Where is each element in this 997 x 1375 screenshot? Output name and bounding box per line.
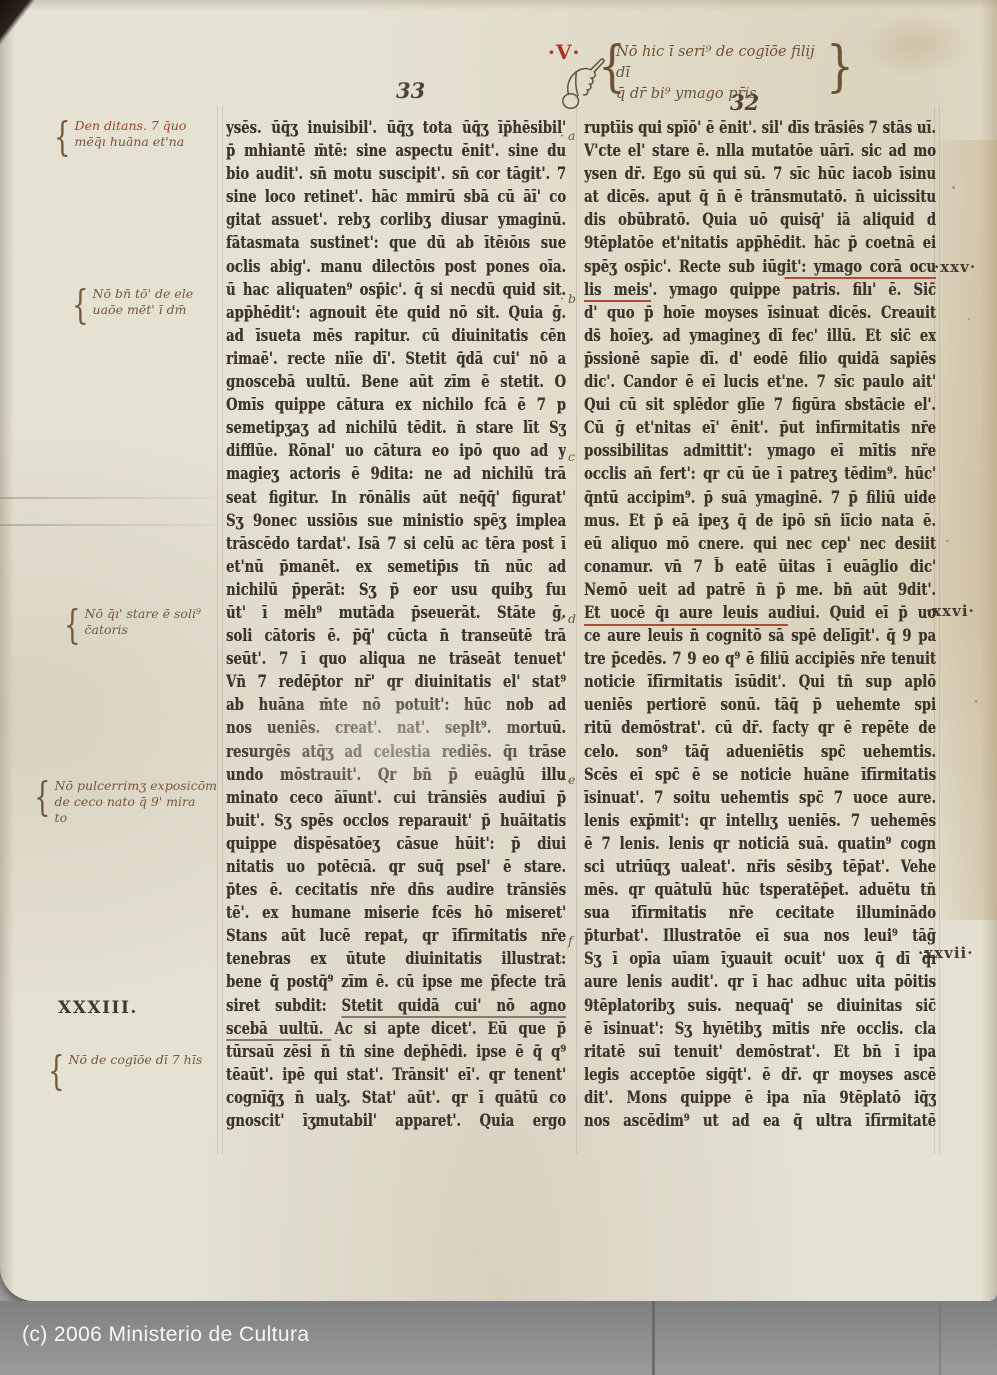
manuscript-text-line: semetipʒaʒ ad nichilū tēdit. n̄ stare lī… [226, 418, 566, 441]
manuscript-text-line: Sʒ ī opīa uīam īʒuauit ocuit' uox q̄ dī … [584, 949, 936, 972]
manuscript-text-line: nichilū p̄perāt: Sʒ p̄ eor usu quibʒ fuı [226, 580, 566, 603]
brace-close-icon: } [826, 40, 854, 95]
margin-note-line: Nō q̄ı' stare ē soli⁹ [85, 606, 201, 622]
manuscript-text-line: aure lenis audit'. qr ī hac adhuc uita p… [584, 972, 936, 995]
manuscript-text-line: occlis an̄ fert': qr cū ūe ī patreʒ tēdi… [584, 464, 936, 487]
manuscript-text-line: tēaūt'. ipē qui stat'. Trānsit' eī'. qr … [226, 1065, 566, 1088]
manuscript-text-line: minato ceco āīunt'. cui trānsiēs audiuī … [226, 788, 566, 811]
manuscript-text-line: p̄turbat'. Illustratōe eī sua nos leui⁹ … [584, 926, 936, 949]
margin-note-text: Den ditans. 7 q̄uomēq̄ı huāna et'na [75, 118, 187, 150]
manuscript-text-line: siret subdit: Stetit quidā cui' nō agno [226, 996, 566, 1019]
manuscript-text-line: ce aure leuis n̄ cognitō sā spē delīgīt'… [584, 626, 936, 649]
manuscript-text-line: ysēs. ūq̄ʒ inuisibil'. ūq̄ʒ tota ūq̄ʒ īp… [226, 118, 566, 141]
manuscript-text-line: tūrsaū zēsi n̄ tn̄ sine dep̄hēdi. ipse ē… [226, 1042, 566, 1065]
manuscript-text-line: seat figitur. In rōnālis aūt neq̄q̄' fig… [226, 488, 566, 511]
manuscript-text-line: lis meis'. ymago quippe patris. filı' ē.… [584, 280, 936, 303]
manuscript-text-line: ad īsueta mēs rapitur. cū diuinitatis cē… [226, 326, 566, 349]
manuscript-text-line: rimaē'. recte niīe dī'. Stetit q̄dā cui'… [226, 349, 566, 372]
ruling-line [217, 106, 218, 1154]
folio-number-left: 33 [396, 78, 425, 103]
manuscript-text-line: dic'. Candor ē eī lucis et'ne. 7 sīc pau… [584, 372, 936, 395]
scan-footer-band: (c) 2006 Ministerio de Cultura [0, 1301, 997, 1375]
margin-note-text: Nō bn̄ tō' de eleuaōe mēt' ī dm̄ [93, 286, 194, 318]
manuscript-text-line: Qui cū sit splēdor glīe 7 figūra sbstāci… [584, 395, 936, 418]
manuscript-text-line: nos ascēdim⁹ ut ad ea q̄ ultra īfīrmitat… [584, 1111, 936, 1134]
parchment-stain [927, 140, 997, 920]
manuscript-text-line: q̄ntū accipim⁹. p̄ suā ymaginē. 7 p̄ fil… [584, 488, 936, 511]
text-column-left: ysēs. ūq̄ʒ inuisibil'. ūq̄ʒ tota ūq̄ʒ īp… [226, 118, 566, 1134]
manuscript-text-line: īsinuat'. 7 soitu uehemtis spc̄ 7 uoce a… [584, 788, 936, 811]
header-annotation-line: q̄ dr̄ bi⁹ ymago pr̄is [616, 84, 828, 105]
manuscript-text-line: tē'. ex humane miserie fcēs hō miseret' [226, 903, 566, 926]
manuscript-text-line: tenebras ex ūtute diuinitatis illustrat: [226, 949, 566, 972]
manuscript-text-line: nitatis uo potēcıā. qr suq̄ psel' ē star… [226, 857, 566, 880]
manuscript-text-line: difflūe. Rōnal' uo cātura eo ipō quo ad … [226, 441, 566, 464]
margin-note-line: to [55, 810, 217, 826]
manuscript-text-line: ē īsinuat': Sʒ hyıētibʒ mītis nr̄e occli… [584, 1019, 936, 1042]
manuscript-text-line: noticie īfīrmitatis īsūdit'. Qui tn̄ sup… [584, 672, 936, 695]
header-annotation: Nō hic ī seri⁹ de cogīōe filij dī q̄ dr̄… [616, 42, 828, 105]
manuscript-text-line: sua īfīrmitatis nr̄e cecitate illuminādo [584, 903, 936, 926]
margin-note-text: Nō q̄ı' stare ē soli⁹c̄atoris [85, 606, 201, 638]
manuscript-text-line: ritatē suī tenuit' demōstrat'. Et bn̄ ī … [584, 1042, 936, 1065]
manuscript-text-line: undo mōstrauit'. Qr bn̄ p̄ euāglū illu [226, 765, 566, 788]
margin-note-text: Nō pulcerrimʒ exposicōmde ceco nato q̄ 9… [55, 778, 217, 826]
ruling-line [576, 106, 577, 1154]
manuscript-text-line: Et uocē q̄ı aure leuis audiui. Quid eī p… [584, 603, 936, 626]
margin-note-line: Nō bn̄ tō' de ele [93, 286, 194, 302]
brace-open-icon: { [48, 1052, 65, 1092]
manuscript-text-line: bene q̄ postq̄⁹ zīm ē. cū ipse me p̄fect… [226, 972, 566, 995]
manuscript-text-line: gnoscit' īʒmutabil' apparet'. Quia ergo [226, 1111, 566, 1134]
margin-note: {Nō q̄ı' stare ē soli⁹c̄atoris [64, 606, 201, 638]
manuscript-text-line: resurgēs atq̄ʒ ad celestia rediēs. q̄ı t… [226, 742, 566, 765]
margin-note-line: Nō de cogīōe dī 7 hīs [69, 1052, 203, 1068]
manuscript-text-line: ē 7 lenis. lenis qr noticiā suā. quatin⁹… [584, 834, 936, 857]
brace-open-icon: { [54, 118, 71, 168]
text-column-right: ruptīis qui spīō' ē ēnit'. sil' dīs trās… [584, 118, 936, 1134]
margin-note-line: Nō pulcerrimʒ exposicōm [55, 778, 217, 794]
manuscript-text-line: spēʒ osp̄ic'. Recte sub iūgit': ymago co… [584, 257, 936, 280]
manuscript-text-line: V'cte el' stare ē. nlla mutatōe uārī. si… [584, 141, 936, 164]
manuscript-text-line: ūt' ī mēlı⁹ mutāda p̄seuerāt. Stāte ḡ. [226, 603, 566, 626]
manuscript-text-line: mēs. qr quātulū hūc tsperatēp̄et. aduētu… [584, 880, 936, 903]
manuscript-text-line: et'nū p̄manēt. ex semetip̄ıs tn̄ nūc ad [226, 557, 566, 580]
manuscript-text-line: Vn̄ 7 redēp̄tor nr̄' qr diuinitatis el' … [226, 672, 566, 695]
manuscript-text-line: seūt'. 7 ī quo aliqua ne trāseāt tenuet' [226, 649, 566, 672]
manuscript-text-line: conamur. vn̄ 7 b̄ eatē ūitas ī euāglio d… [584, 557, 936, 580]
manuscript-text-line: scebā uultū. Ac si apte dicet'. Eū que p… [226, 1019, 566, 1042]
manuscript-text-line: p̄ssionē sapīe dī. d' eodē filio quidā s… [584, 349, 936, 372]
margin-note-line: c̄atoris [85, 622, 201, 638]
manuscript-text-line: oclis abig'. manu dilectōıs post pones o… [226, 257, 566, 280]
margin-note-line: mēq̄ı huāna et'na [75, 134, 187, 150]
header-annotation-line: Nō hic ī seri⁹ de cogīōe filij dī [616, 42, 828, 84]
ruling-line [222, 106, 223, 1154]
copyright-watermark: (c) 2006 Ministerio de Cultura [22, 1323, 309, 1347]
manuscript-text-line: sci utriūqʒ ualeat'. nr̄is sēsibʒ tēp̄at… [584, 857, 936, 880]
margin-note-text: Nō de cogīōe dī 7 hīs [69, 1052, 203, 1078]
manuscript-text-line: eū aliquo mō cnere. qui nec cep' nec des… [584, 534, 936, 557]
manuscript-text-line: ueniēs pertiorē sonū. tāq̄ p̄ uehemte sp… [584, 695, 936, 718]
manuscript-text-line: dis obūbratō. Quia uō quisq̄' iā aliquid… [584, 210, 936, 233]
manuscript-text-line: cognīq̄ʒ n̄ ualʒ. Stat' aūt'. qr ī quātū… [226, 1088, 566, 1111]
margin-note-line: uaōe mēt' ī dm̄ [93, 302, 194, 318]
manuscript-text-line: 9tēplatōe et'nitatis app̄hēdit. hāc p̄ c… [584, 233, 936, 256]
margin-note-line: de ceco nato q̄ 9' mira [55, 794, 217, 810]
ink-speck [968, 318, 970, 320]
manuscript-text-line: mus. Et p̄ eā ipeʒ q̄ de ipō sn̄ iīcio n… [584, 511, 936, 534]
manuscript-text-line: d' quo p̄ hoīe moyses īsinuat dicēs. Cre… [584, 303, 936, 326]
manuscript-text-line: Sʒ 9onec ussiōıs sue ministio spēʒ imple… [226, 511, 566, 534]
brace-open-icon: { [72, 286, 89, 336]
folio-number-right: 32 [730, 90, 759, 115]
manuscript-text-line: ab huāna m̄te nō potuit': hūc nob ad [226, 695, 566, 718]
manuscript-text-line: ruptīis qui spīō' ē ēnit'. sil' dīs trās… [584, 118, 936, 141]
manuscript-text-line: Omīs quippe cātura ex nichilo fcā ē 7 p [226, 395, 566, 418]
margin-note: {Den ditans. 7 q̄uomēq̄ı huāna et'na [54, 118, 186, 150]
manuscript-text-line: magieʒ actoris ē 9dita: ne ad nichilū tr… [226, 464, 566, 487]
chapter-numeral: ·xxv· [934, 258, 976, 276]
page-edge-line [939, 1301, 941, 1375]
manuscript-text-line: bio audit'. sn̄ motu suscipit'. sn̄ cor … [226, 164, 566, 187]
page-corner-shadow [0, 0, 34, 66]
manuscript-text-line: Scēs eī spc̄ ē se noticie huāne īfīrmita… [584, 765, 936, 788]
manuscript-text-line: tre p̄cedēs. 7 9 eo q⁹ ē filiū accipiēs … [584, 649, 936, 672]
page-edge-line [652, 1301, 655, 1375]
manuscript-text-line: legis acceptōe sigq̄t'. ē dr̄. qr moyses… [584, 1065, 936, 1088]
manuscript-text-line: p̄ mhiantē m̄tē: sine aspectu ēnit'. sin… [226, 141, 566, 164]
brace-open-icon: { [34, 778, 51, 852]
manuscript-text-line: ds̄ hoīeʒ. ad ymagineʒ dī fec' illū. Et … [584, 326, 936, 349]
ink-speck [952, 186, 955, 189]
manuscript-text-line: gnoscebā uultū. Bene aūt zīm ē stetit. O [226, 372, 566, 395]
manuscript-text-line: dit'. Mons quippe ē ipa nīa 9tēplatō iq̄… [584, 1088, 936, 1111]
parchment-stain [855, 10, 975, 80]
brace-open-icon: { [64, 606, 81, 656]
manuscript-text-line: nos ueniēs. creat'. nat'. seplt⁹. mortuū… [226, 718, 566, 741]
parchment-page: ·V· { Nō hic ī seri⁹ de cogīōe filij dī … [0, 0, 997, 1301]
manuscript-text-line: ritū demōstrat'. cū dr̄. facty qr ē repē… [584, 718, 936, 741]
manuscript-text-line: at dicēs. aput q̄ n̄ ē trānsmutatō. n̄ u… [584, 187, 936, 210]
margin-note: {Nō bn̄ tō' de eleuaōe mēt' ī dm̄ [72, 286, 193, 318]
manuscript-text-line: ū hac aliquaten⁹ osp̄ic'. q̄ si necdū qu… [226, 280, 566, 303]
manuscript-text-line: p̄tes ē. cecitatis nr̄e dn̄s audire trān… [226, 880, 566, 903]
manuscript-text-line: quippe dispēsatōeʒ cāsue hūit': p̄ diui [226, 834, 566, 857]
manuscript-text-line: buit'. Sʒ spēs occlos reparauit' p̄ huāi… [226, 811, 566, 834]
manuscript-text-line: Cū ḡ et'nitas eī' ēnit'. p̄ut infīrmita… [584, 418, 936, 441]
manuscript-text-line: celo. son⁹ tāq̄ adueniētis spc̄ uehemtis… [584, 742, 936, 765]
fold-crease [0, 524, 216, 526]
margin-note-line: Den ditans. 7 q̄uo [75, 118, 187, 134]
manuscript-text-line: Nemō ueit ad patrē n̄ p̄ me. bn̄ aūt 9di… [584, 580, 936, 603]
left-margin-numeral: XXXIII. [58, 998, 138, 1018]
manuscript-text-line: 9tēplatoribʒ suis. nequaq̄' se diuinitas… [584, 996, 936, 1019]
margin-note: {Nō pulcerrimʒ exposicōmde ceco nato q̄ … [34, 778, 217, 826]
manuscript-text-line: possibilitas admittit': ymago eī mītis n… [584, 441, 936, 464]
ink-speck [946, 540, 949, 542]
manuscript-text-line: sine loco retinet'. hāc mmirū sbā cū āī'… [226, 187, 566, 210]
manuscript-text-line: app̄hēdit': agnouit ēte quid nō sit. Qui… [226, 303, 566, 326]
ink-speck [975, 700, 977, 703]
manuscript-text-line: ysen dr̄. Ego sū qui sū. 7 sīc hūc iacob… [584, 164, 936, 187]
manuscript-text-line: soli cātoris ē. p̄q̄' cūcta n̄ transeūtē… [226, 626, 566, 649]
fold-crease [0, 497, 216, 499]
margin-note: {Nō de cogīōe dī 7 hīs [48, 1052, 202, 1078]
manuscript-scan: ·V· { Nō hic ī seri⁹ de cogīōe filij dī … [0, 0, 997, 1375]
manuscript-text-line: fātasmata sustinet': que dū ab ītēıōıs s… [226, 233, 566, 256]
manuscript-text-line: trāscēdo tardat'. Isā 7 si celū ac tēra … [226, 534, 566, 557]
manuscript-text-line: Stans aūt lucē repat, qr īfīrmitatis nr̄… [226, 926, 566, 949]
manuscript-text-line: gitat assuet'. rebʒ corlibʒ diusar ymagi… [226, 210, 566, 233]
manuscript-text-line: lenis exp̄mit': qr intellıʒ ueniēs. 7 ue… [584, 811, 936, 834]
